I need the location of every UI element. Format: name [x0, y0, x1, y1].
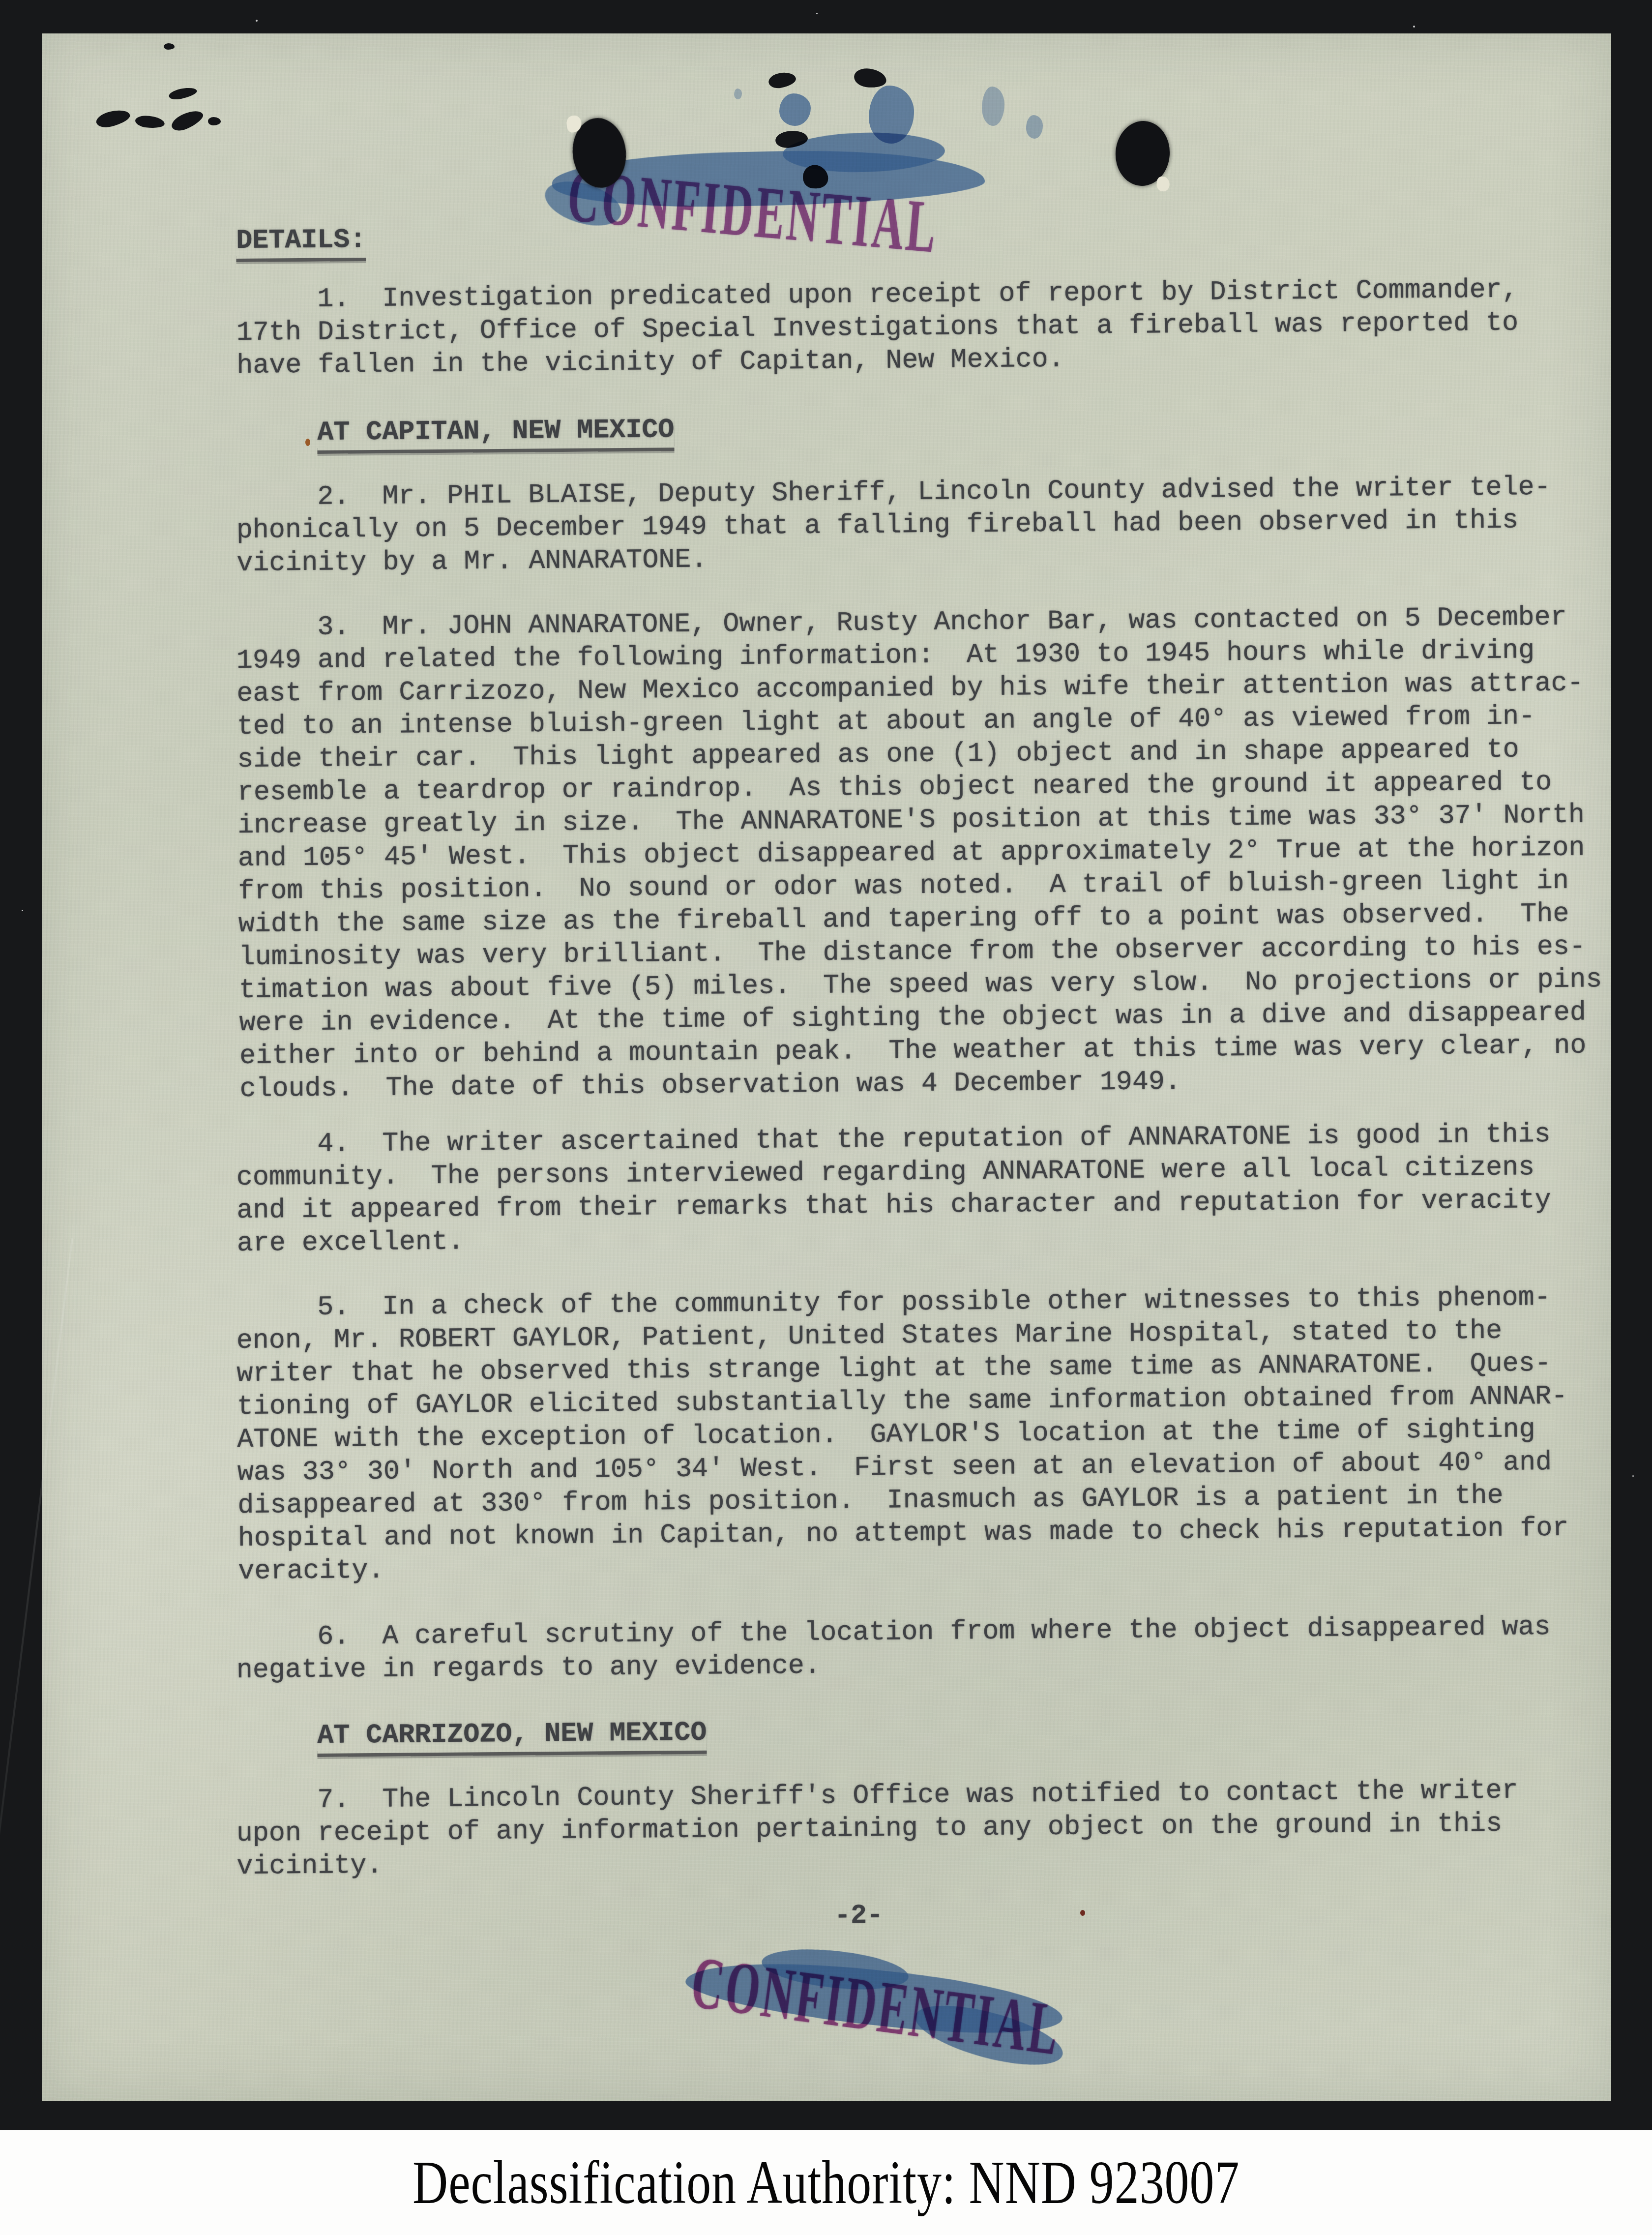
ink-smudge — [135, 115, 165, 129]
punch-hole-right — [1114, 119, 1172, 187]
document-page: CONFIDENTIAL DETAILS: 1. Investigation p… — [42, 33, 1611, 2101]
dust-speck — [22, 910, 23, 911]
marker-splatter — [779, 93, 811, 126]
paper-crease — [0, 1238, 73, 2117]
page-number: -2- — [834, 1900, 884, 1932]
paragraph-3: 3. Mr. JOHN ANNARATONE, Owner, Rusty Anc… — [236, 600, 1603, 1105]
dust-speck — [1632, 1475, 1634, 1477]
paper-speck — [1080, 1910, 1085, 1916]
heading-underlined: AT CAPITAN, NEW MEXICO — [317, 414, 675, 454]
declassification-authority-text: Declassification Authority: NND 923007 — [413, 2147, 1239, 2218]
ink-smudge — [853, 67, 888, 90]
scan-background: CONFIDENTIAL DETAILS: 1. Investigation p… — [0, 0, 1652, 2235]
ink-smudge — [168, 86, 198, 101]
ink-smudge — [767, 70, 797, 89]
paragraph-6: 6. A careful scrutiny of the location fr… — [236, 1610, 1551, 1687]
ink-smudge — [164, 43, 175, 50]
details-label: DETAILS: — [236, 223, 366, 257]
ink-smudge — [208, 117, 221, 125]
dust-speck — [1413, 26, 1415, 28]
marker-splatter — [982, 87, 1004, 126]
dust-speck — [256, 20, 258, 22]
ink-smudge — [94, 107, 131, 130]
heading-underlined: AT CARRIZOZO, NEW MEXICO — [317, 1717, 707, 1757]
heading-at-carrizozo: AT CARRIZOZO, NEW MEXICO — [317, 1716, 707, 1752]
declassification-footer: Declassification Authority: NND 923007 — [0, 2130, 1652, 2235]
paragraph-4: 4. The writer ascertained that the reput… — [236, 1118, 1551, 1260]
paragraph-5: 5. In a check of the community for possi… — [236, 1281, 1569, 1588]
paragraph-2: 2. Mr. PHIL BLAISE, Deputy Sheriff, Linc… — [236, 471, 1551, 580]
paragraph-7: 7. The Lincoln County Sheriff's Office w… — [236, 1774, 1519, 1883]
marker-splatter — [1026, 115, 1043, 139]
paper-speck — [305, 439, 310, 446]
details-underlined: DETAILS: — [236, 224, 366, 262]
heading-at-capitan: AT CAPITAN, NEW MEXICO — [317, 413, 675, 449]
dust-speck — [816, 13, 818, 14]
marker-splatter — [734, 89, 742, 99]
paragraph-1: 1. Investigation predicated upon receipt… — [236, 273, 1519, 382]
ink-smudge — [169, 107, 206, 134]
